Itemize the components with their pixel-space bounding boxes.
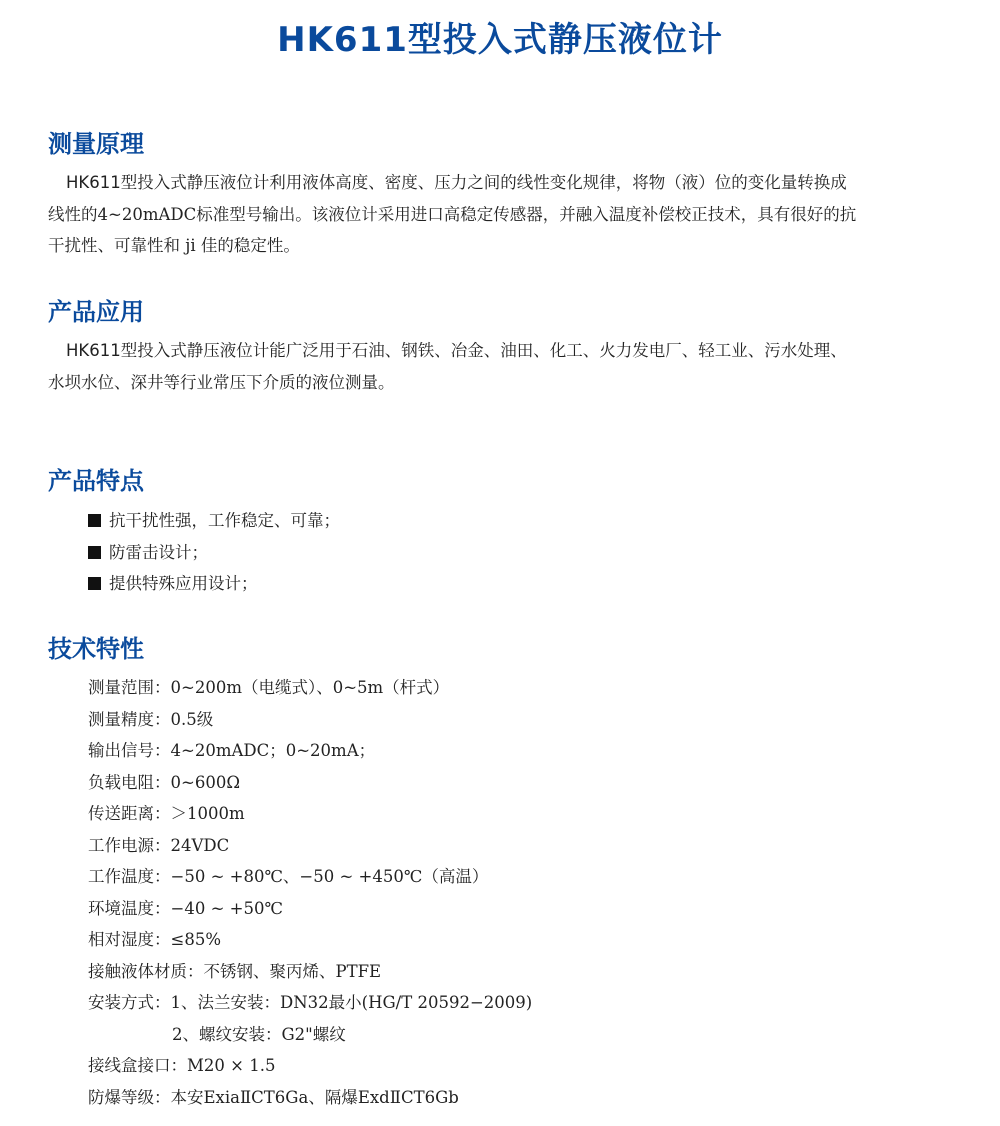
spec-relative-humidity: 相对湿度：≤85% [88, 924, 532, 956]
section-heading-specs: 技术特性 [48, 633, 144, 665]
spec-installation-flange: 安装方式：1、法兰安装：DN32最小(HG/T 20592−2009) [88, 987, 532, 1019]
spec-measuring-range: 测量范围：0~200m（电缆式）、0~5m（杆式） [88, 672, 532, 704]
spec-installation-thread: 2、螺纹安装：G2"螺纹 [88, 1019, 532, 1051]
spec-output-signal: 输出信号：4~20mADC；0~20mA； [88, 735, 532, 767]
section-heading-application: 产品应用 [48, 296, 144, 328]
principle-line-1: HK611型投入式静压液位计利用液体高度、密度、压力之间的线性变化规律，将物（液… [48, 167, 948, 199]
principle-line-2: 线性的4~20mADC标准型号输出。该液位计采用进口高稳定传感器，并融入温度补偿… [48, 199, 948, 231]
application-line-2: 水坝水位、深井等行业常压下介质的液位测量。 [48, 367, 948, 399]
model-name: HK611 [66, 341, 121, 360]
square-bullet-icon [88, 514, 101, 527]
square-bullet-icon [88, 577, 101, 590]
section-heading-principle: 测量原理 [48, 128, 144, 160]
feature-item: 提供特殊应用设计； [88, 568, 340, 600]
spec-working-temperature: 工作温度：−50 ~ +80℃、−50 ~ +450℃（高温） [88, 861, 532, 893]
spec-accuracy: 测量精度：0.5级 [88, 704, 532, 736]
section-heading-features: 产品特点 [48, 465, 144, 497]
spec-transmission-distance: 传送距离：＞1000m [88, 798, 532, 830]
spec-ambient-temperature: 环境温度：−40 ~ +50℃ [88, 893, 532, 925]
model-name: HK611 [66, 173, 121, 192]
spec-load-resistance: 负载电阻：0~600Ω [88, 767, 532, 799]
principle-paragraph: HK611型投入式静压液位计利用液体高度、密度、压力之间的线性变化规律，将物（液… [48, 167, 948, 262]
specs-list: 测量范围：0~200m（电缆式）、0~5m（杆式） 测量精度：0.5级 输出信号… [88, 672, 532, 1113]
square-bullet-icon [88, 546, 101, 559]
feature-item: 抗干扰性强，工作稳定、可靠； [88, 505, 340, 537]
principle-line-3: 干扰性、可靠性和 ji 佳的稳定性。 [48, 230, 948, 262]
feature-item: 防雷击设计； [88, 537, 340, 569]
spec-wetted-material: 接触液体材质：不锈钢、聚丙烯、PTFE [88, 956, 532, 988]
features-list: 抗干扰性强，工作稳定、可靠； 防雷击设计； 提供特殊应用设计； [88, 505, 340, 600]
application-paragraph: HK611型投入式静压液位计能广泛用于石油、钢铁、冶金、油田、化工、火力发电厂、… [48, 335, 948, 398]
spec-junction-box-port: 接线盒接口：M20 × 1.5 [88, 1050, 532, 1082]
page-title: HK611型投入式静压液位计 [0, 18, 1000, 62]
spec-power-supply: 工作电源：24VDC [88, 830, 532, 862]
spec-explosion-proof-grade: 防爆等级：本安ExiaⅡCT6Ga、隔爆ExdⅡCT6Gb [88, 1082, 532, 1114]
application-line-1: HK611型投入式静压液位计能广泛用于石油、钢铁、冶金、油田、化工、火力发电厂、… [48, 335, 948, 367]
